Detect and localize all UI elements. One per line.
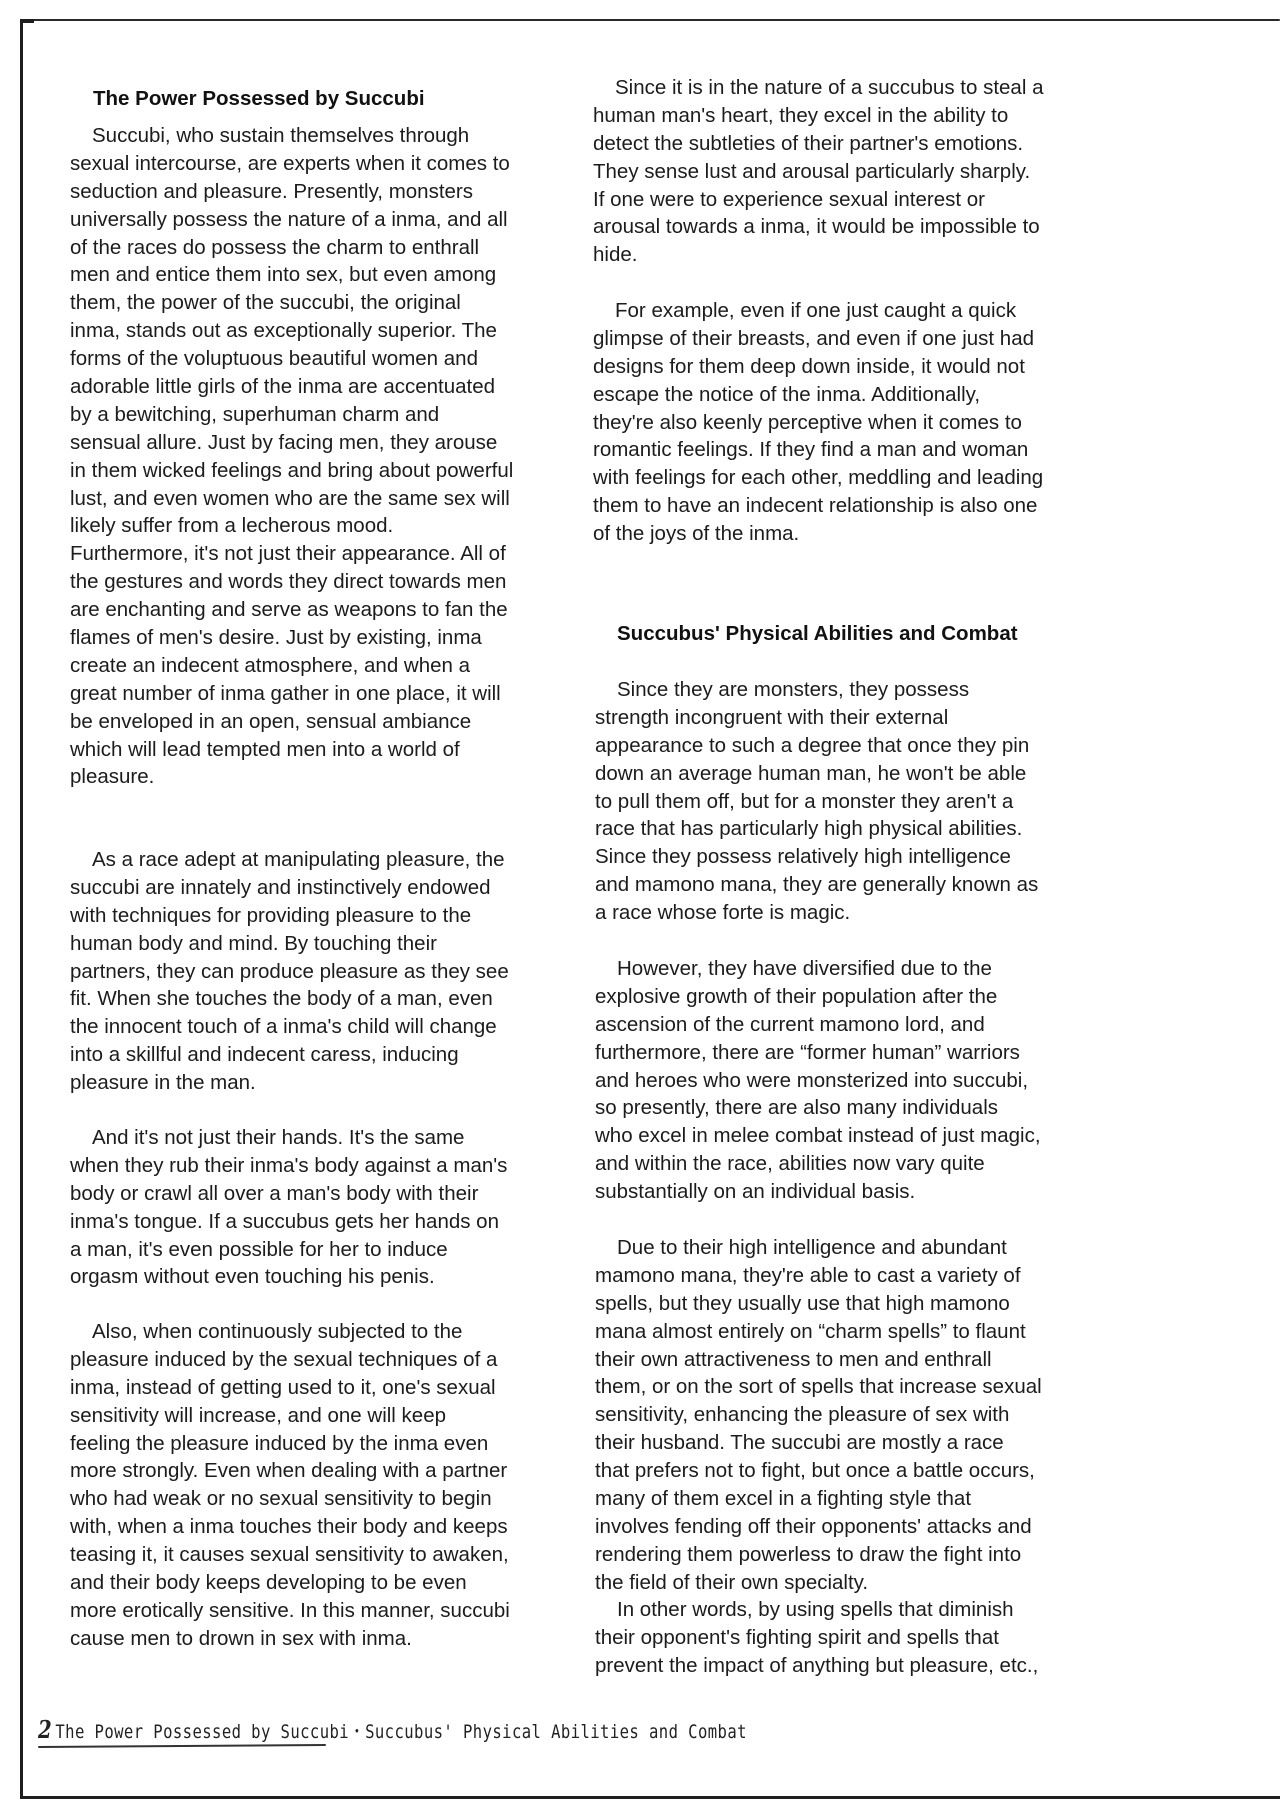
text-line: pleasure. [70, 763, 513, 791]
text-line: sensual allure. Just by facing men, they… [70, 429, 513, 457]
text-line: inma, stands out as exceptionally superi… [70, 317, 513, 345]
text-line: Due to their high intelligence and abund… [595, 1234, 1042, 1262]
text-line: glimpse of their breasts, and even if on… [593, 325, 1043, 353]
text-line: race that has particularly high physical… [595, 815, 1038, 843]
text-line: body or crawl all over a man's body with… [70, 1180, 507, 1208]
footer-section-title: The Power Possessed by Succubi [55, 1721, 349, 1743]
text-line: that prefers not to fight, but once a ba… [595, 1457, 1042, 1485]
paragraph: However, they have diversified due to th… [595, 955, 1041, 1206]
text-line: sensitivity, enhancing the pleasure of s… [595, 1401, 1042, 1429]
text-line: with, when a inma touches their body and… [70, 1513, 510, 1541]
text-line: partners, they can produce pleasure as t… [70, 958, 509, 986]
text-line: They sense lust and arousal particularly… [593, 158, 1043, 186]
text-line: detect the subtleties of their partner's… [593, 130, 1043, 158]
footer-section-subtitle: Succubus' Physical Abilities and Combat [365, 1721, 747, 1743]
text-line: adorable little girls of the inma are ac… [70, 373, 513, 401]
text-line: substantially on an individual basis. [595, 1178, 1041, 1206]
page-frame-corner [20, 19, 34, 23]
text-line: are enchanting and serve as weapons to f… [70, 596, 513, 624]
text-line: which will lead tempted men into a world… [70, 736, 513, 764]
text-line: feeling the pleasure induced by the inma… [70, 1430, 510, 1458]
text-line: escape the notice of the inma. Additiona… [593, 381, 1043, 409]
text-line: who had weak or no sexual sensitivity to… [70, 1485, 510, 1513]
text-line: succubi are innately and instinctively e… [70, 874, 509, 902]
text-line: Succubi, who sustain themselves through [70, 122, 513, 150]
text-line: furthermore, there are “former human” wa… [595, 1039, 1041, 1067]
text-line: and within the race, abilities now vary … [595, 1150, 1041, 1178]
text-line: them to have an indecent relationship is… [593, 492, 1043, 520]
text-line: designs for them deep down inside, it wo… [593, 353, 1043, 381]
text-line: many of them excel in a fighting style t… [595, 1485, 1042, 1513]
page-frame-left-border [20, 19, 23, 1799]
text-line: them, the power of the succubi, the orig… [70, 289, 513, 317]
footer-separator: ・ [349, 1721, 365, 1743]
text-line: the gestures and words they direct towar… [70, 568, 513, 596]
text-line: pleasure in the man. [70, 1069, 509, 1097]
text-line: of the joys of the inma. [593, 520, 1043, 548]
text-line: and mamono mana, they are generally know… [595, 871, 1038, 899]
text-line: inma's tongue. If a succubus gets her ha… [70, 1208, 507, 1236]
text-line: likely suffer from a lecherous mood. [70, 512, 513, 540]
paragraph: Since it is in the nature of a succubus … [593, 74, 1043, 269]
paragraph: Due to their high intelligence and abund… [595, 1234, 1042, 1597]
text-line: teasing it, it causes sexual sensitivity… [70, 1541, 510, 1569]
text-line: so presently, there are also many indivi… [595, 1094, 1041, 1122]
text-line: men and entice them into sex, but even a… [70, 261, 513, 289]
text-line: human man's heart, they excel in the abi… [593, 102, 1043, 130]
text-line: lust, and even women who are the same se… [70, 485, 513, 513]
text-line: who excel in melee combat instead of jus… [595, 1122, 1041, 1150]
text-line: cause men to drown in sex with inma. [70, 1625, 510, 1653]
text-line: the field of their own specialty. [595, 1569, 1042, 1597]
text-line: be enveloped in an open, sensual ambianc… [70, 708, 513, 736]
text-line: inma, instead of getting used to it, one… [70, 1374, 510, 1402]
text-line: their opponent's fighting spirit and spe… [595, 1624, 1038, 1652]
text-line: and their body keeps developing to be ev… [70, 1569, 510, 1597]
text-line: a race whose forte is magic. [595, 899, 1038, 927]
text-line: ascension of the current mamono lord, an… [595, 1011, 1041, 1039]
text-line: Since it is in the nature of a succubus … [593, 74, 1043, 102]
text-line: human body and mind. By touching their [70, 930, 509, 958]
paragraph: And it's not just their hands. It's the … [70, 1124, 507, 1291]
text-line: And it's not just their hands. It's the … [70, 1124, 507, 1152]
page-frame-bottom-border [20, 1796, 1280, 1799]
text-line: fit. When she touches the body of a man,… [70, 985, 509, 1013]
text-line: create an indecent atmosphere, and when … [70, 652, 513, 680]
text-line: spells, but they usually use that high m… [595, 1290, 1042, 1318]
page-footer: 2The Power Possessed by Succubi・Succubus… [38, 1715, 747, 1745]
text-line: with feelings for each other, meddling a… [593, 464, 1043, 492]
text-line: a man, it's even possible for her to ind… [70, 1236, 507, 1264]
text-line: forms of the voluptuous beautiful women … [70, 345, 513, 373]
text-line: seduction and pleasure. Presently, monst… [70, 178, 513, 206]
text-line: explosive growth of their population aft… [595, 983, 1041, 1011]
text-line: universally possess the nature of a inma… [70, 206, 513, 234]
text-line: appearance to such a degree that once th… [595, 732, 1038, 760]
text-line: orgasm without even touching his penis. [70, 1263, 507, 1291]
text-line: they're also keenly perceptive when it c… [593, 409, 1043, 437]
text-line: them, or on the sort of spells that incr… [595, 1373, 1042, 1401]
paragraph: Succubi, who sustain themselves throughs… [70, 122, 513, 791]
text-line: involves fending off their opponents' at… [595, 1513, 1042, 1541]
section-heading-power: The Power Possessed by Succubi [93, 85, 425, 113]
text-line: to pull them off, but for a monster they… [595, 788, 1038, 816]
text-line: Since they possess relatively high intel… [595, 843, 1038, 871]
text-line: when they rub their inma's body against … [70, 1152, 507, 1180]
paragraph: Since they are monsters, they possessstr… [595, 676, 1038, 927]
text-line: flames of men's desire. Just by existing… [70, 624, 513, 652]
section-heading-combat: Succubus' Physical Abilities and Combat [617, 620, 1018, 648]
text-line: As a race adept at manipulating pleasure… [70, 846, 509, 874]
paragraph: For example, even if one just caught a q… [593, 297, 1043, 548]
text-line: prevent the impact of anything but pleas… [595, 1652, 1038, 1680]
text-line: of the races do possess the charm to ent… [70, 234, 513, 262]
text-line: the innocent touch of a inma's child wil… [70, 1013, 509, 1041]
text-line: Furthermore, it's not just their appeara… [70, 540, 513, 568]
paragraph: Also, when continuously subjected to the… [70, 1318, 510, 1653]
text-line: sexual intercourse, are experts when it … [70, 150, 513, 178]
text-line: and heroes who were monsterized into suc… [595, 1067, 1041, 1095]
text-line: Also, when continuously subjected to the [70, 1318, 510, 1346]
text-line: more strongly. Even when dealing with a … [70, 1457, 510, 1485]
paragraph: As a race adept at manipulating pleasure… [70, 846, 509, 1097]
text-line: pleasure induced by the sexual technique… [70, 1346, 510, 1374]
text-line: mana almost entirely on “charm spells” t… [595, 1318, 1042, 1346]
text-line: Since they are monsters, they possess [595, 676, 1038, 704]
text-line: strength incongruent with their external [595, 704, 1038, 732]
page-number: 2 [38, 1715, 52, 1744]
text-line: If one were to experience sexual interes… [593, 186, 1043, 214]
text-line: in them wicked feelings and bring about … [70, 457, 513, 485]
text-line: arousal towards a inma, it would be impo… [593, 213, 1043, 241]
text-line: by a bewitching, superhuman charm and [70, 401, 513, 429]
text-line: sensitivity will increase, and one will … [70, 1402, 510, 1430]
text-line: hide. [593, 241, 1043, 269]
text-line: more erotically sensitive. In this manne… [70, 1597, 510, 1625]
text-line: romantic feelings. If they find a man an… [593, 436, 1043, 464]
text-line: their own attractiveness to men and enth… [595, 1346, 1042, 1374]
page-frame-top-border [20, 19, 1280, 21]
text-line: rendering them powerless to draw the fig… [595, 1541, 1042, 1569]
paragraph: In other words, by using spells that dim… [595, 1596, 1038, 1680]
text-line: their husband. The succubi are mostly a … [595, 1429, 1042, 1457]
text-line: into a skillful and indecent caress, ind… [70, 1041, 509, 1069]
text-line: down an average human man, he won't be a… [595, 760, 1038, 788]
text-line: great number of inma gather in one place… [70, 680, 513, 708]
text-line: However, they have diversified due to th… [595, 955, 1041, 983]
text-line: with techniques for providing pleasure t… [70, 902, 509, 930]
text-line: In other words, by using spells that dim… [595, 1596, 1038, 1624]
text-line: mamono mana, they're able to cast a vari… [595, 1262, 1042, 1290]
text-line: For example, even if one just caught a q… [593, 297, 1043, 325]
